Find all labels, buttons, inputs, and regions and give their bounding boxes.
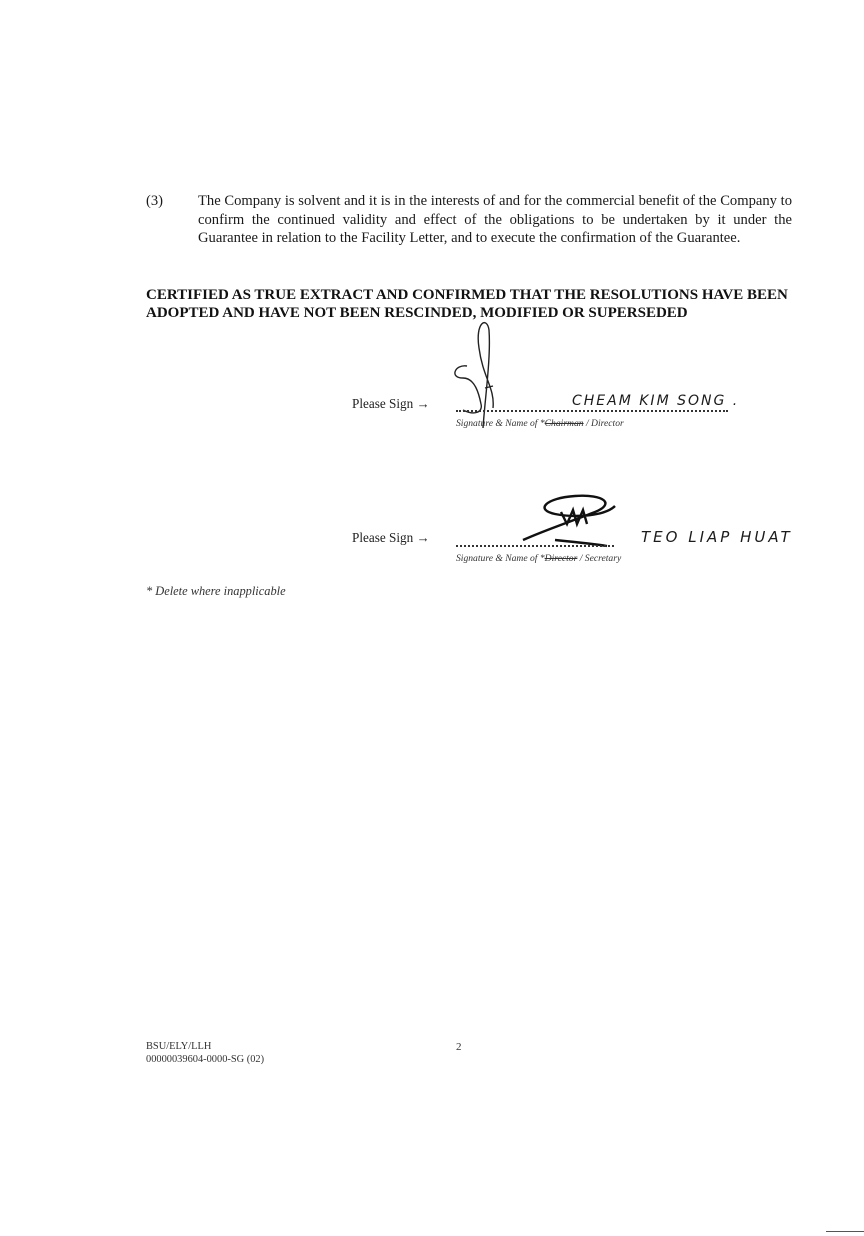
- signature-line[interactable]: [456, 545, 614, 547]
- caption-suffix: / Director: [584, 418, 624, 429]
- caption-struck: Director: [545, 553, 578, 564]
- caption-suffix: / Secretary: [577, 553, 621, 564]
- signature-caption: Signature & Name of *Chairman / Director: [456, 418, 624, 429]
- footer-ref-line1: BSU/ELY/LLH: [146, 1041, 264, 1054]
- page-number: 2: [456, 1041, 462, 1053]
- please-sign-label: Please Sign →: [352, 396, 430, 412]
- handwritten-name: CHEAM KIM SONG .: [572, 393, 739, 409]
- clause-3: (3) The Company is solvent and it is in …: [146, 192, 792, 248]
- signature-scribble-icon: [515, 490, 625, 550]
- signature-caption: Signature & Name of *Director / Secretar…: [456, 553, 621, 564]
- certification-statement: CERTIFIED AS TRUE EXTRACT AND CONFIRMED …: [146, 286, 792, 322]
- clause-text: The Company is solvent and it is in the …: [198, 192, 792, 248]
- scan-artifact: [826, 1231, 864, 1232]
- footer-ref-line2: 00000039604-0000-SG (02): [146, 1054, 264, 1067]
- caption-struck: Chairman: [545, 418, 584, 429]
- signature-line[interactable]: [456, 410, 728, 412]
- clause-number: (3): [146, 192, 163, 211]
- handwritten-name: TEO LIAP HUAT: [641, 528, 793, 546]
- footer-reference: BSU/ELY/LLH 00000039604-0000-SG (02): [146, 1041, 264, 1066]
- caption-prefix: Signature & Name of *: [456, 553, 545, 564]
- please-sign-label: Please Sign →: [352, 530, 430, 546]
- caption-prefix: Signature & Name of *: [456, 418, 545, 429]
- delete-note: * Delete where inapplicable: [146, 584, 286, 599]
- signature-scribble-icon: [445, 318, 535, 433]
